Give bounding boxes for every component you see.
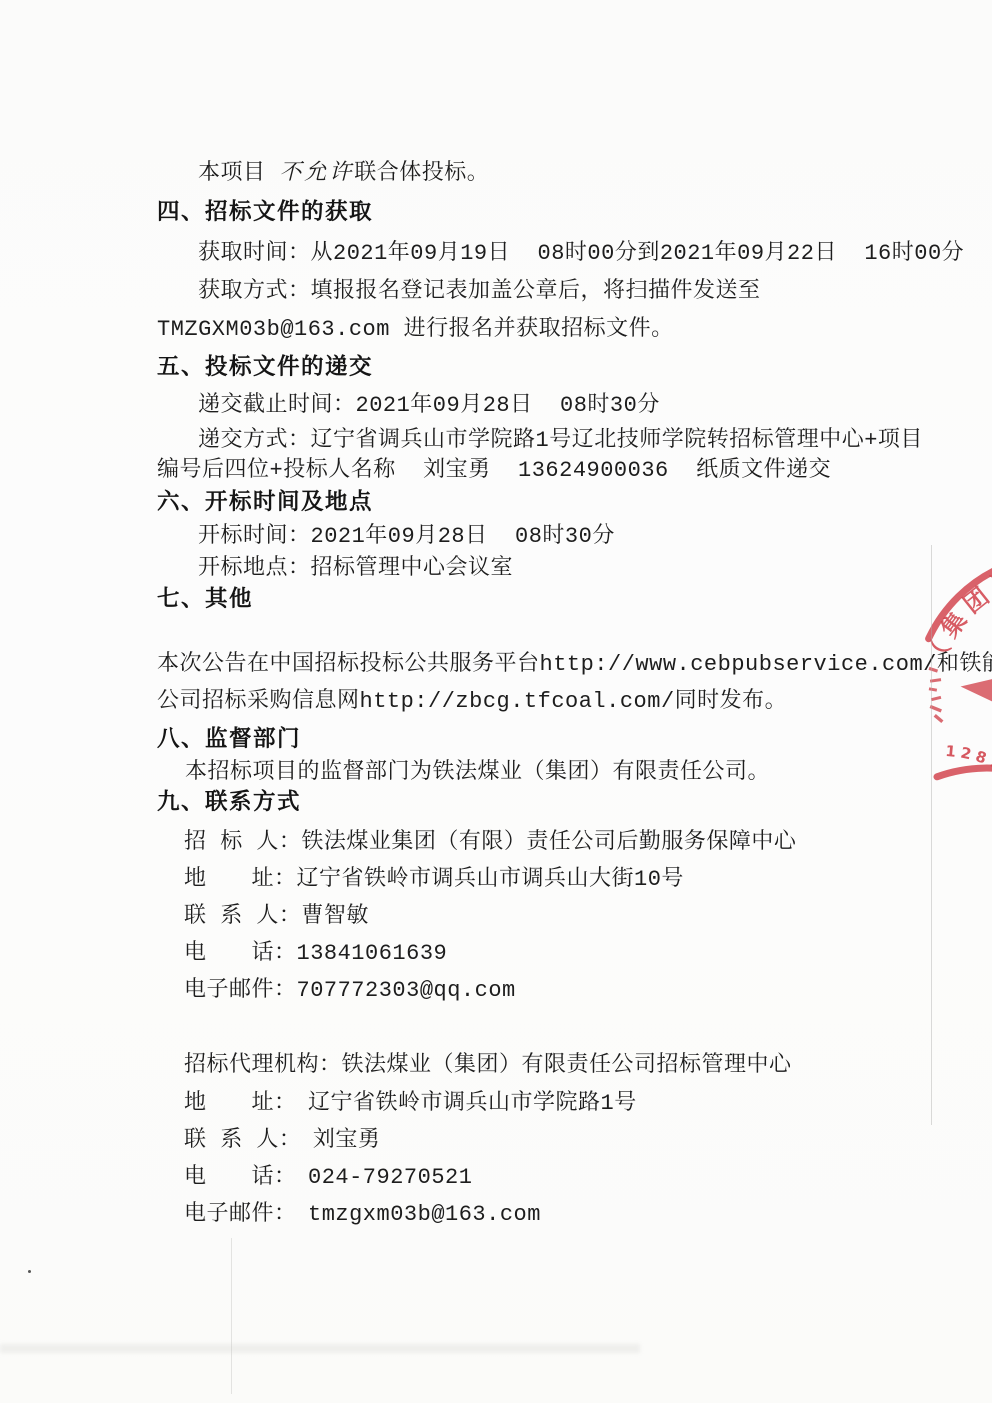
section-8-supervision-body: 本招标项目的监督部门为铁法煤业（集团）有限责任公司。 [185,759,770,787]
section-4-heading: 四、招标文件的获取 [157,199,373,227]
intro-prefix: 本项目 [198,161,279,186]
intro-emphasis-not-allowed: 不允许 [279,161,354,186]
ink-speck [28,1270,31,1273]
section-7-announcement-line1: 本次公告在中国招标投标公共服务平台http://www.cebpubservic… [157,651,992,679]
tenderer-name: 招 标 人：铁法煤业集团（有限）责任公司后勤服务保障中心 [184,829,796,857]
section-6-opening-time: 开标时间：2021年09月28日 08时30分 [198,523,615,551]
tenderer-contact-person: 联 系 人：曹智敏 [184,903,369,931]
section-4-acquisition-method-line1: 获取方式：填报报名登记表加盖公章后，将扫描件发送至 [198,278,761,306]
section-4-acquisition-method-line2: TMZGXM03b@163.com 进行报名并获取招标文件。 [157,316,674,344]
scan-smudge-band [0,1344,640,1353]
section-4-acquisition-time: 获取时间：从2021年09月19日 08时00分到2021年09月22日 16时… [198,240,964,268]
paragraph-no-consortium: 本项目 不允许联合体投标。 [198,160,489,188]
section-5-heading: 五、投标文件的递交 [157,354,373,382]
tenderer-phone: 电 话：13841061639 [184,940,447,968]
section-8-heading: 八、监督部门 [157,726,301,754]
tenderer-email: 电子邮件：707772303@qq.com [184,977,516,1005]
official-red-seal: （集团）有限 1281000 [895,545,992,845]
paper-fold-line-right [931,545,932,1125]
agency-phone: 电 话： 024-79270521 [184,1164,472,1192]
section-7-announcement-line2: 公司招标采购信息网http://zbcg.tfcoal.com/同时发布。 [157,688,787,716]
section-7-heading: 七、其他 [157,586,253,614]
tenderer-address: 地 址：辽宁省铁岭市调兵山市调兵山大街10号 [184,866,684,894]
paper-fold-line-bottom-left [231,1238,232,1394]
seal-border-bottom-arc [937,768,992,836]
agency-name: 招标代理机构：铁法煤业（集团）有限责任公司招标管理中心 [184,1052,792,1080]
agency-email: 电子邮件： tmzgxm03b@163.com [184,1201,541,1229]
section-9-heading: 九、联系方式 [157,789,301,817]
section-5-submission-method-line2: 编号后四位+投标人名称 刘宝勇 13624900036 纸质文件递交 [157,457,831,485]
section-5-submission-method-line1: 递交方式：辽宁省调兵山市学院路1号辽北技师学院转招标管理中心+项目 [198,427,923,455]
agency-contact-person: 联 系 人： 刘宝勇 [184,1127,380,1155]
section-5-submission-deadline: 递交截止时间：2021年09月28日 08时30分 [198,392,660,420]
section-6-opening-place: 开标地点：招标管理中心会议室 [198,555,513,583]
section-6-heading: 六、开标时间及地点 [157,489,373,517]
intro-suffix: 联合体投标。 [354,161,489,186]
agency-address: 地 址： 辽宁省铁岭市调兵山市学院路1号 [184,1090,637,1118]
scanned-tender-document-page: 本项目 不允许联合体投标。 四、招标文件的获取 获取时间：从2021年09月19… [0,0,992,1403]
